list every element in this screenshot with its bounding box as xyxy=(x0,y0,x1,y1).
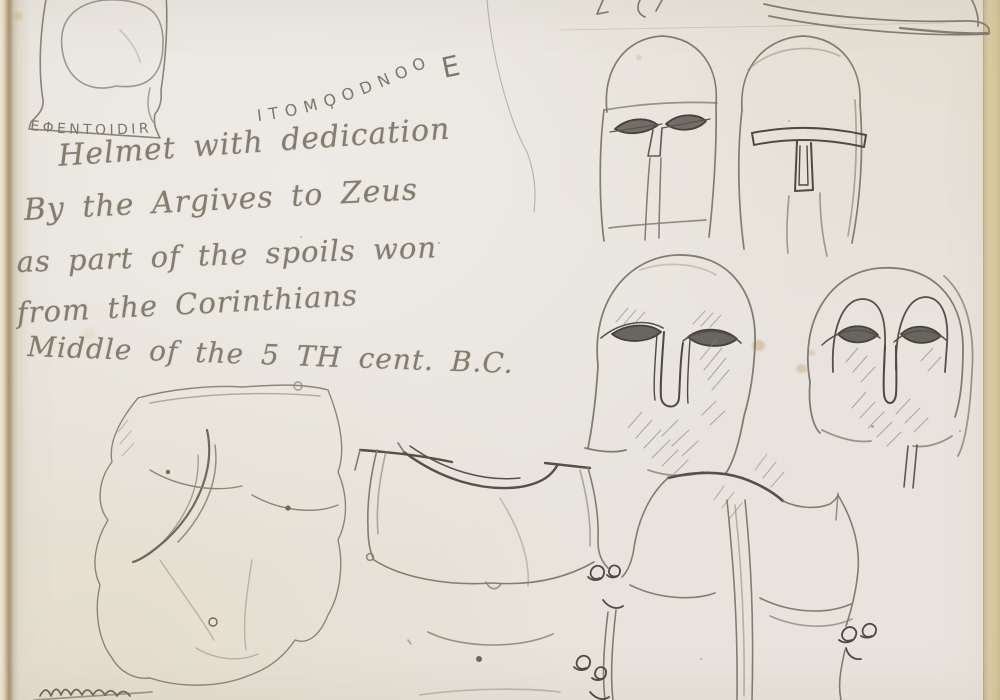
cuirass-back-sketch xyxy=(95,382,346,685)
helmet-back-view-sketch xyxy=(29,0,167,138)
brimmed-helmet-sketch xyxy=(764,0,989,35)
cutoff-scribble xyxy=(34,689,152,700)
cuirass-front-sketch xyxy=(355,443,608,695)
cuirass-side-sketch xyxy=(574,454,876,700)
sketchbook-page-scan: ΕΦΕΝΤΟΙDIR ΙΤΟΜϘΟDΝΟΟ8 Ε xyxy=(0,0,1000,700)
inscription-part3: Ε xyxy=(439,49,463,85)
corinthian-helmet-large-2-sketch xyxy=(808,268,973,488)
corinthian-helmet-large-1-sketch xyxy=(585,255,755,476)
corinthian-helmet-front-1-sketch xyxy=(600,36,717,241)
faint-crease-line xyxy=(560,23,945,30)
stray-sketch-line xyxy=(487,0,535,212)
corinthian-helmet-front-2-sketch xyxy=(739,36,866,256)
cutoff-marks-top-center xyxy=(597,0,662,17)
